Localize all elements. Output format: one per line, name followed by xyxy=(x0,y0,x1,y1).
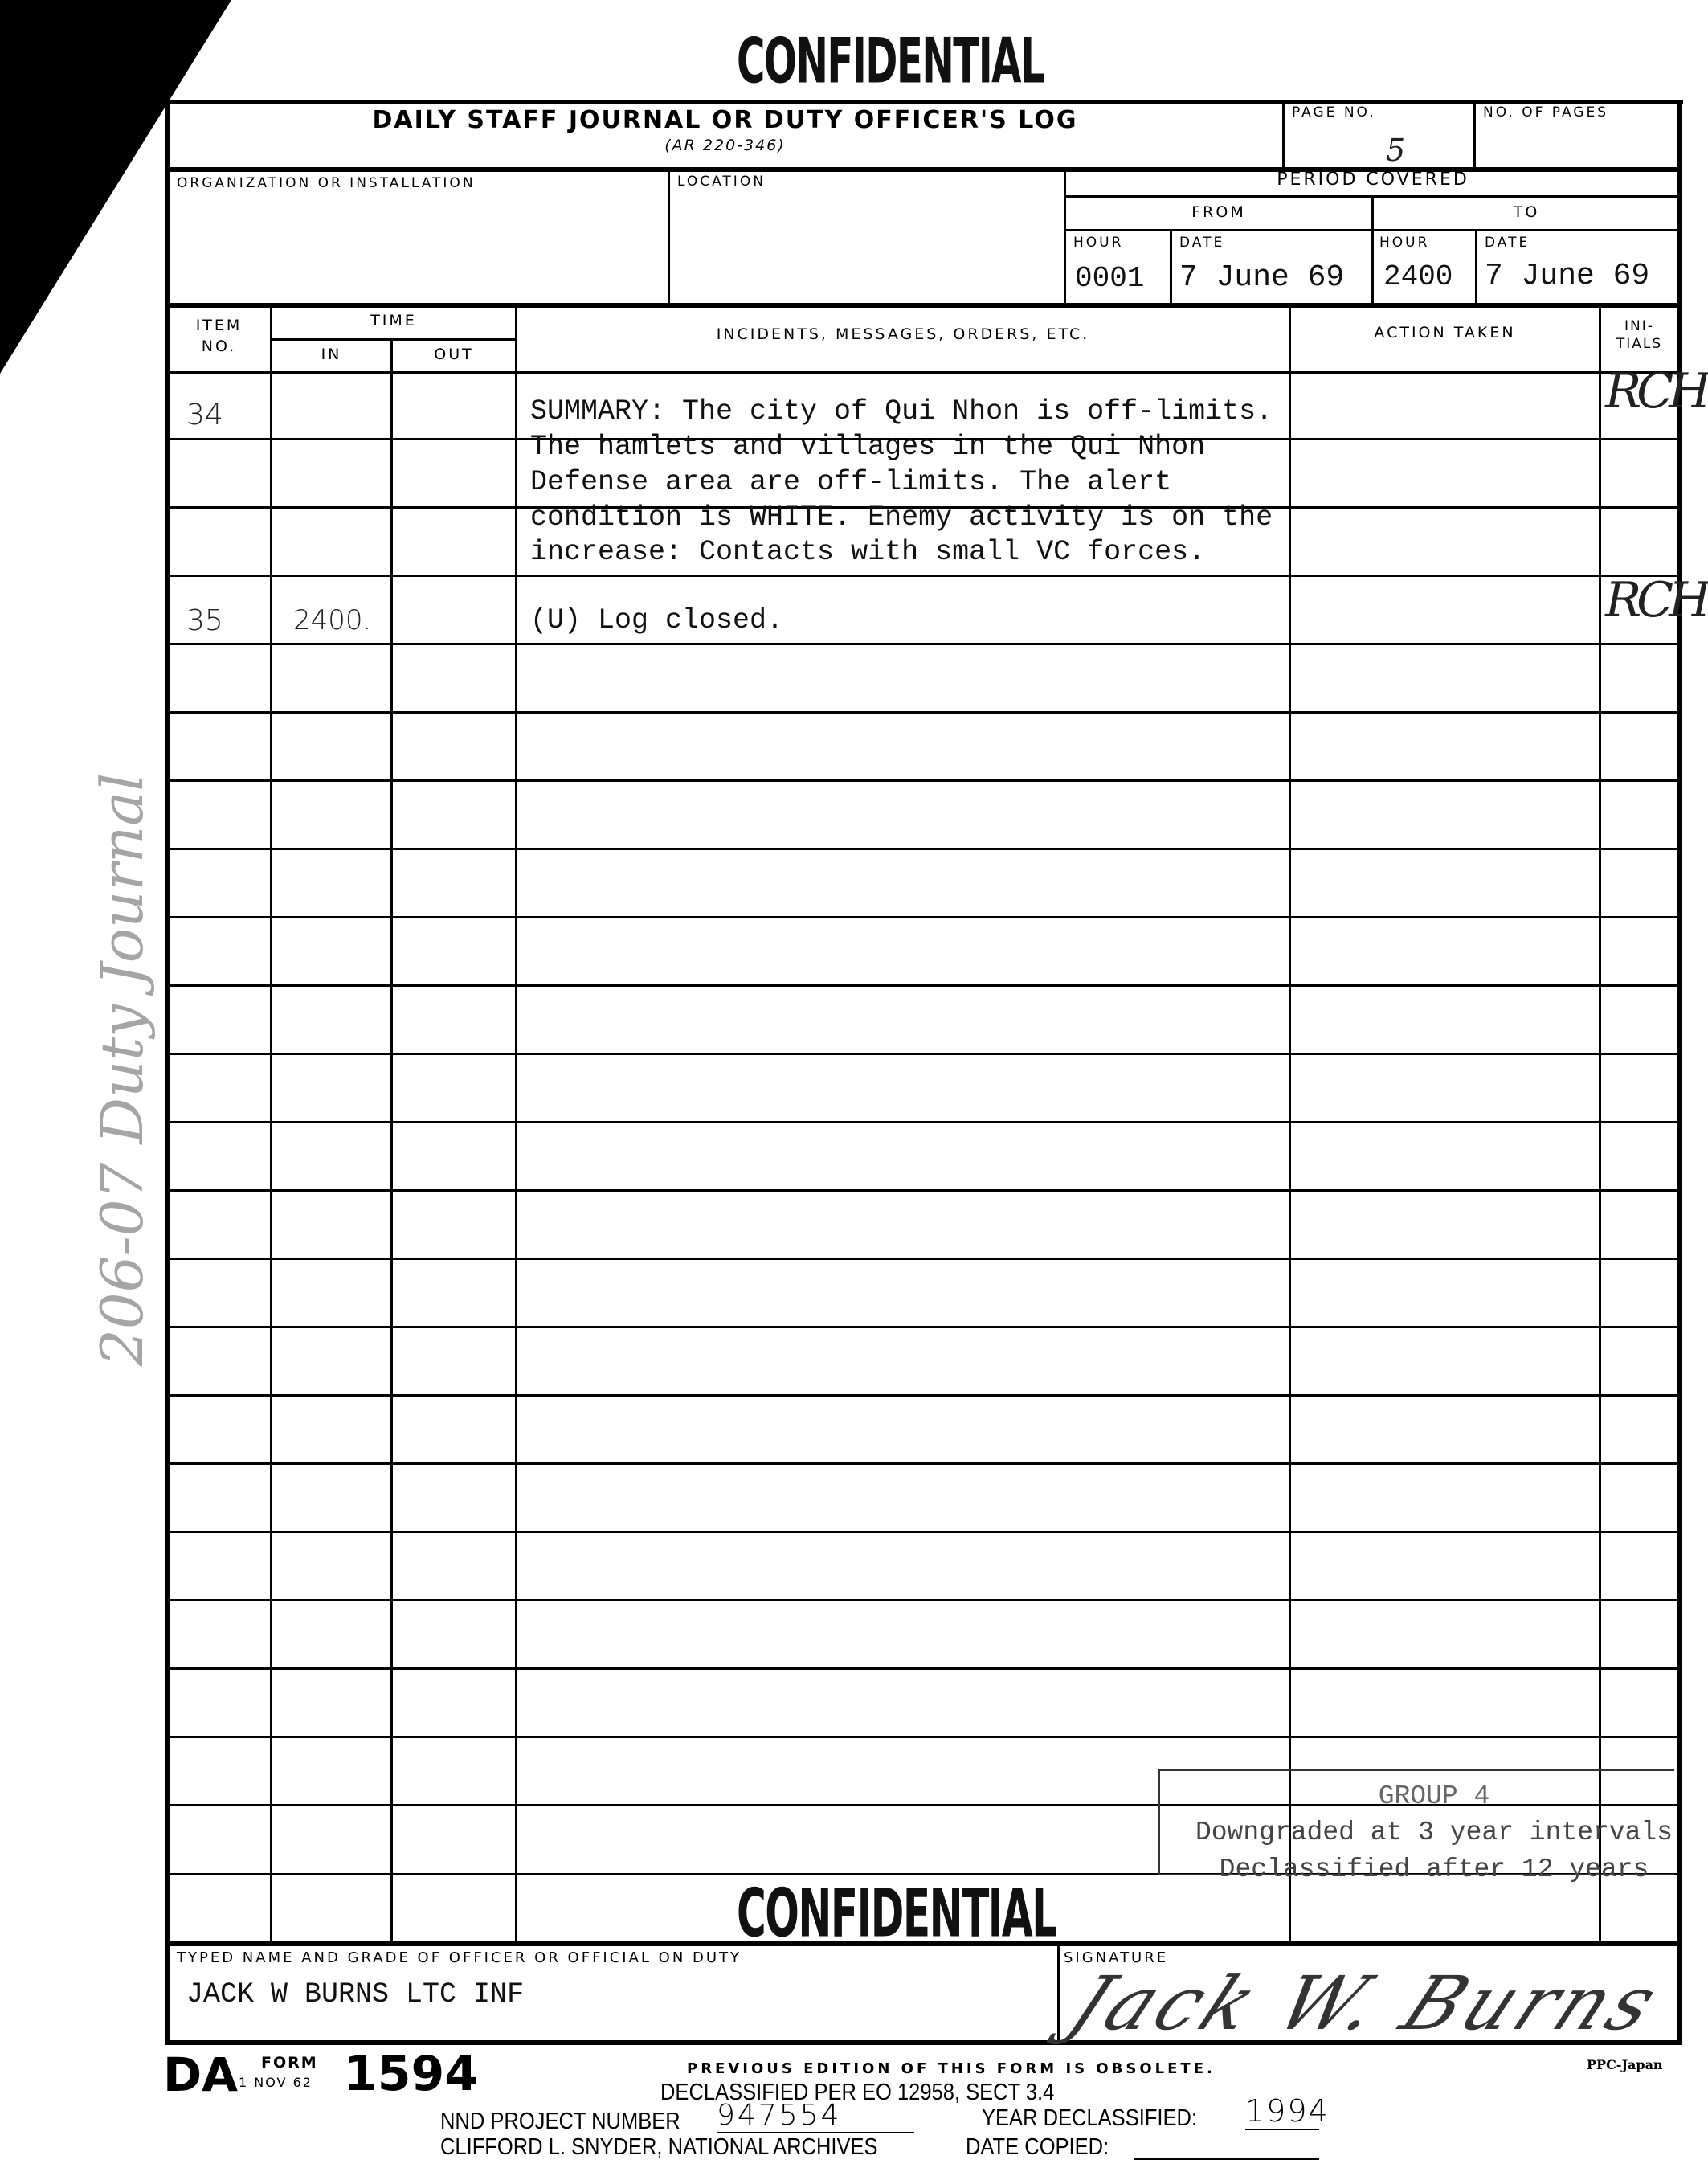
downgrade-stamp-line2: Downgraded at 3 year intervals xyxy=(1161,1818,1707,1847)
table-row-line xyxy=(166,916,1680,918)
table-row-line xyxy=(166,779,1680,782)
signature[interactable]: Jack W. Burns xyxy=(1056,1961,1675,2047)
initials-cell: RCH xyxy=(1605,363,1706,419)
form-prefix: DA xyxy=(163,2047,238,2102)
column-line xyxy=(1289,305,1291,1945)
item-no-cell: 35 xyxy=(186,604,223,637)
to-date-label: DATE xyxy=(1485,235,1530,251)
nnd-project-label: NND PROJECT NUMBER xyxy=(440,2109,680,2135)
table-row-line xyxy=(166,643,1680,645)
table-row-line xyxy=(166,1394,1680,1397)
downgrade-stamp-group: GROUP 4 xyxy=(1161,1781,1707,1811)
table-row-line xyxy=(166,1053,1680,1055)
initials-header-line1: INI- xyxy=(1601,318,1677,334)
from-hour-label: HOUR xyxy=(1073,235,1123,251)
initials-cell: RCH xyxy=(1605,572,1706,628)
table-row-line xyxy=(166,1736,1680,1738)
location-field[interactable] xyxy=(677,201,1055,289)
date-copied-label: DATE COPIED: xyxy=(966,2134,1109,2161)
to-hour-label: HOUR xyxy=(1379,235,1429,251)
initials-header-line2: TIALS xyxy=(1601,336,1677,352)
to-date-value[interactable]: 7 June 69 xyxy=(1485,259,1649,293)
from-hour-value[interactable]: 0001 xyxy=(1075,262,1144,295)
year-declassified-value[interactable]: 1994 xyxy=(1245,2093,1319,2130)
incident-line: (U) Log closed. xyxy=(530,604,783,636)
table-row-line xyxy=(166,1326,1680,1328)
column-line xyxy=(515,305,517,1945)
from-date-value[interactable]: 7 June 69 xyxy=(1179,260,1344,295)
item-no-header-line1: ITEM xyxy=(168,317,270,334)
time-header: TIME xyxy=(272,312,515,329)
to-label: TO xyxy=(1374,203,1679,221)
table-row-line xyxy=(166,711,1680,714)
organization-field[interactable] xyxy=(177,201,659,289)
form-regulation: (AR 220-346) xyxy=(169,137,1281,154)
page-no-label: PAGE NO. xyxy=(1292,104,1376,121)
border-top xyxy=(166,100,1683,104)
incident-line: SUMMARY: The city of Qui Nhon is off-lim… xyxy=(530,395,1273,427)
date-copied-field[interactable] xyxy=(1134,2141,1319,2160)
table-row-line xyxy=(166,1531,1680,1533)
border-left xyxy=(165,100,170,2044)
location-label: LOCATION xyxy=(677,174,766,190)
incident-line: The hamlets and villages in the Qui Nhon xyxy=(530,431,1205,463)
divider xyxy=(668,169,670,305)
organization-label: ORGANIZATION OR INSTALLATION xyxy=(177,175,476,191)
form-number: 1594 xyxy=(344,2046,478,2102)
archivist-line: CLIFFORD L. SNYDER, NATIONAL ARCHIVES xyxy=(440,2134,878,2161)
margin-handwritten-note: 206-07 Duty Journal xyxy=(88,773,156,1366)
form-title: DAILY STAFF JOURNAL OR DUTY OFFICER'S LO… xyxy=(169,106,1281,134)
divider xyxy=(166,371,1680,374)
item-no-header-line2: NO. xyxy=(168,337,270,355)
divider xyxy=(1282,100,1285,170)
column-line xyxy=(270,305,272,1945)
period-covered-label: PERIOD COVERED xyxy=(1066,170,1680,190)
table-row-line xyxy=(166,575,1680,577)
time-out-header: OUT xyxy=(393,346,515,363)
table-row-line xyxy=(166,1189,1680,1192)
year-declassified-label: YEAR DECLASSIFIED: xyxy=(982,2105,1197,2132)
classification-stamp-top: CONFIDENTIAL xyxy=(737,24,1044,97)
divider xyxy=(166,303,1680,308)
divider xyxy=(1170,229,1172,305)
item-no-cell: 34 xyxy=(186,399,223,432)
table-row-line xyxy=(166,1258,1680,1260)
table-row-line xyxy=(166,848,1680,850)
time-in-cell: 2400. xyxy=(293,604,371,636)
divider xyxy=(1475,229,1477,305)
table-row-line xyxy=(166,1667,1680,1670)
incident-line: increase: Contacts with small VC forces. xyxy=(530,536,1205,568)
no-of-pages-label: NO. OF PAGES xyxy=(1483,104,1608,121)
from-label: FROM xyxy=(1066,203,1371,221)
from-date-label: DATE xyxy=(1179,235,1224,251)
table-row-line xyxy=(166,984,1680,987)
form-date: 1 NOV 62 xyxy=(239,2075,313,2090)
nnd-project-value[interactable]: 947554 xyxy=(717,2099,914,2133)
printer-mark: PPC-Japan xyxy=(1587,2057,1663,2072)
downgrade-stamp-line3: Declassified after 12 years xyxy=(1161,1855,1707,1884)
incident-line: condition is WHITE. Enemy activity is on… xyxy=(530,501,1273,534)
obsolete-notice: PREVIOUS EDITION OF THIS FORM IS OBSOLET… xyxy=(687,2060,1216,2077)
officer-name-label: TYPED NAME AND GRADE OF OFFICER OR OFFIC… xyxy=(177,1949,742,1966)
action-taken-header: ACTION TAKEN xyxy=(1291,324,1599,342)
divider xyxy=(1473,100,1476,170)
to-hour-value[interactable]: 2400 xyxy=(1383,260,1453,293)
incidents-header: INCIDENTS, MESSAGES, ORDERS, ETC. xyxy=(517,325,1289,343)
column-line xyxy=(390,338,393,1945)
table-row-line xyxy=(166,1462,1680,1465)
form-word: FORM xyxy=(261,2054,318,2072)
page-no-value[interactable]: 5 xyxy=(1386,133,1405,168)
table-row-line xyxy=(166,1599,1680,1601)
divider xyxy=(271,338,517,341)
officer-name-value[interactable]: JACK W BURNS LTC INF xyxy=(186,1978,524,2010)
incident-line: Defense area are off-limits. The alert xyxy=(530,466,1171,498)
time-in-header: IN xyxy=(272,346,390,363)
table-row-line xyxy=(166,1121,1680,1123)
column-line xyxy=(1599,305,1601,1945)
no-of-pages-field[interactable] xyxy=(1483,129,1668,161)
divider xyxy=(1057,1944,1060,2042)
classification-stamp-bottom: CONFIDENTIAL xyxy=(737,1875,1056,1952)
